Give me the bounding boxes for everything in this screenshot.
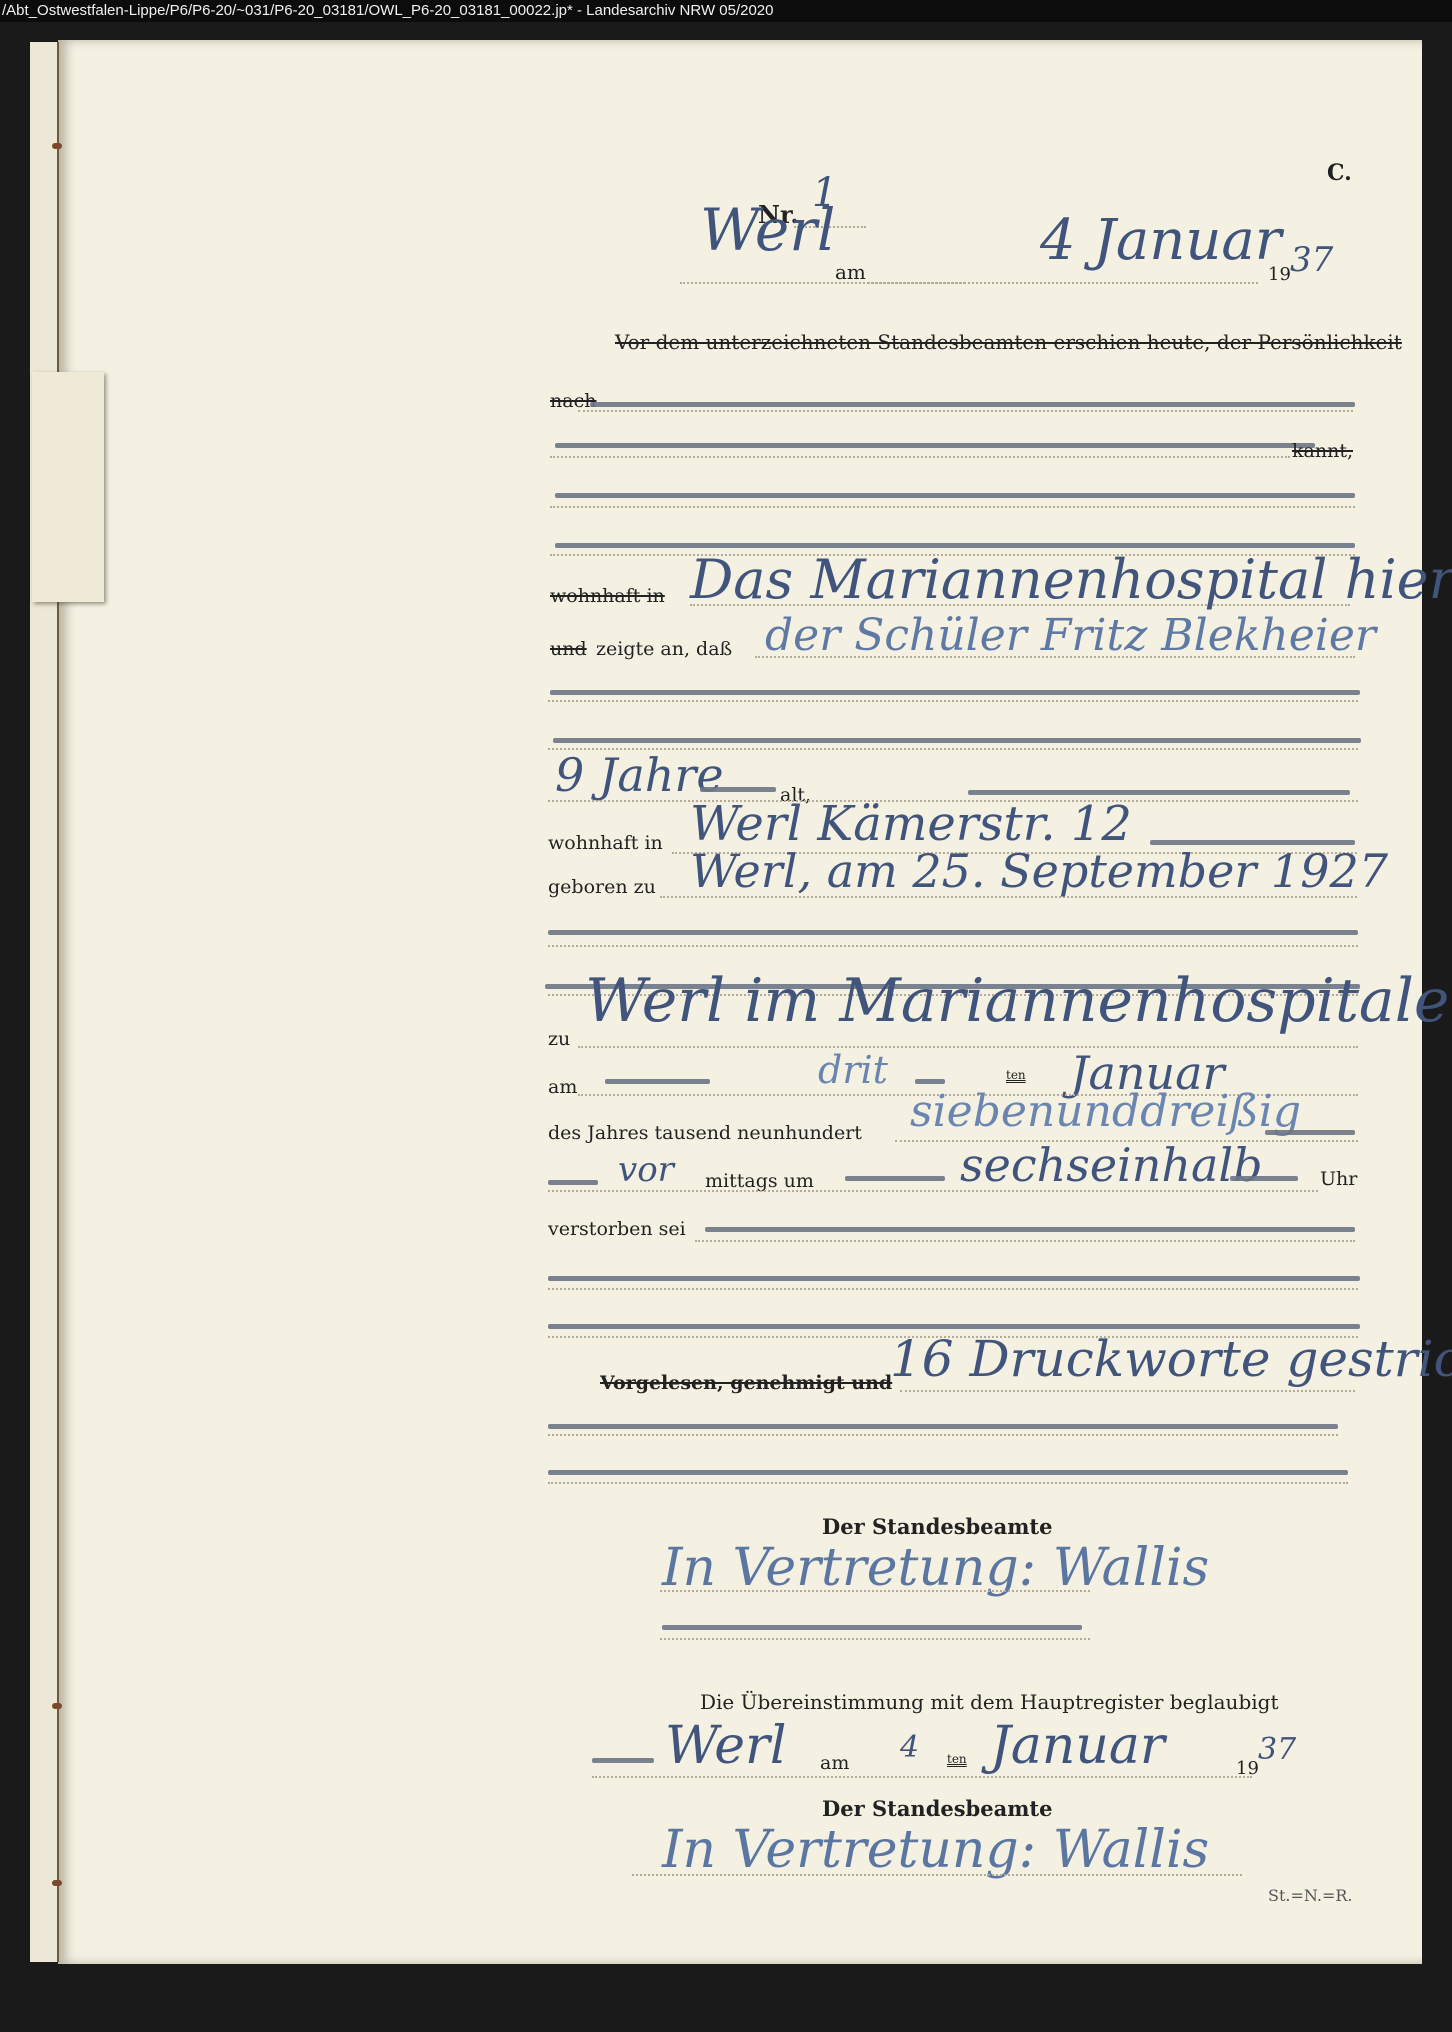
dotted-line (868, 282, 1258, 284)
zeigte-an-label: zeigte an, daß (596, 638, 732, 660)
zu-label: zu (548, 1028, 570, 1050)
window-title-bar: /Abt_Ostwestfalen-Lippe/P6/P6-20/~031/P6… (0, 0, 1452, 22)
dotted-line (548, 1288, 1358, 1290)
header-date: 4 Januar (1040, 208, 1282, 273)
strike-bar (553, 738, 1361, 743)
dotted-line (632, 1874, 1242, 1876)
year-prefix: 19 (1268, 264, 1291, 285)
dotted-line (548, 1190, 1318, 1192)
deceased-name: der Schüler Fritz Blekheier (765, 610, 1376, 661)
strike-bar (550, 690, 1360, 695)
stitch-mark (52, 143, 62, 149)
strike-bar (548, 1424, 1338, 1429)
birth-info: Werl, am 25. September 1927 (690, 844, 1388, 898)
window-title: /Abt_Ostwestfalen-Lippe/P6/P6-20/~031/P6… (2, 2, 774, 19)
strike-bar (1265, 1130, 1355, 1135)
strike-bar (548, 1324, 1360, 1329)
corrections-note: 16 Druckworte gestrichen. (890, 1330, 1452, 1388)
place-of-death: Werl im Mariannenhospitale (585, 966, 1449, 1036)
header-year: 37 (1290, 240, 1333, 280)
strike-bar (605, 1079, 710, 1084)
strike-bar (915, 1079, 945, 1084)
registrar-heading-2: Der Standesbeamte (822, 1796, 1053, 1821)
struck-und: und (550, 638, 587, 660)
dotted-line (578, 410, 1353, 412)
dotted-line (548, 1482, 1348, 1484)
strike-bar (548, 930, 1358, 935)
dotted-line (900, 1390, 1355, 1392)
strike-bar (592, 1758, 654, 1763)
certification-year: 37 (1258, 1732, 1296, 1767)
dotted-line (550, 506, 1355, 508)
ante-post-meridiem: vor (618, 1150, 674, 1190)
death-time: sechseinhalb (960, 1138, 1263, 1192)
uhr-label: Uhr (1320, 1168, 1357, 1190)
dotted-line (592, 1776, 1252, 1778)
strike-bar (968, 790, 1350, 795)
wohnhaft-in-label: wohnhaft in (548, 832, 663, 854)
strike-bar (845, 1176, 945, 1181)
strike-bar (555, 443, 1315, 448)
form-code: St.=N.=R. (1268, 1886, 1352, 1905)
struck-preamble: Vor dem unterzeichneten Standesbeamten e… (615, 330, 1402, 354)
strike-bar (662, 1625, 1082, 1630)
form-letter: C. (1327, 160, 1352, 186)
struck-nach: nach (550, 390, 596, 412)
paper-tab (32, 372, 104, 602)
dotted-line (660, 1590, 1090, 1592)
death-day: drit (818, 1048, 888, 1092)
strike-bar (705, 1227, 1355, 1232)
dotted-line (578, 1046, 1358, 1048)
dotted-line (548, 1434, 1338, 1436)
strike-bar (590, 402, 1355, 407)
ten-suffix-cert: ten (947, 1752, 967, 1766)
struck-vorgelesen: Vorgelesen, genehmigt und (600, 1372, 892, 1394)
verstorben-sei-label: verstorben sei (548, 1218, 686, 1240)
strike-bar (555, 493, 1355, 498)
registrar-signature-1: In Vertretung: Wallis (662, 1538, 1209, 1598)
dotted-line (695, 1240, 1355, 1242)
dotted-line (550, 456, 1290, 458)
binding-thread (57, 42, 59, 1962)
age: 9 Jahre (555, 748, 724, 802)
mittags-um-label: mittags um (705, 1170, 814, 1192)
stitch-mark (52, 1703, 62, 1709)
informant: Das Mariannenhospital hier (690, 548, 1452, 611)
registrar-heading-1: Der Standesbeamte (822, 1514, 1053, 1539)
strike-bar (548, 1470, 1348, 1475)
strike-bar (548, 1180, 598, 1185)
dotted-line (548, 945, 1358, 947)
ten-suffix: ten (1006, 1068, 1026, 1082)
strike-bar (548, 1276, 1360, 1281)
certification-text: Die Übereinstimmung mit dem Hauptregiste… (700, 1690, 1278, 1714)
am-label: am (835, 260, 866, 284)
am-label-death: am (548, 1076, 577, 1098)
certification-month: Januar (990, 1716, 1165, 1776)
struck-wohnhaft-in: wohnhaft in (550, 585, 665, 607)
struck-kannt: kannt, (1292, 440, 1353, 462)
stitch-mark (52, 1880, 62, 1886)
des-jahres-label: des Jahres tausend neunhundert (548, 1122, 862, 1144)
registrar-signature-2: In Vertretung: Wallis (662, 1820, 1209, 1880)
strike-bar (1230, 1176, 1298, 1181)
header-place: Werl (700, 196, 835, 264)
am-label-cert: am (820, 1752, 849, 1774)
certification-place: Werl (665, 1716, 786, 1776)
death-year: siebenunddreißig (910, 1086, 1301, 1137)
dotted-line (548, 700, 1358, 702)
strike-bar (700, 787, 776, 792)
certification-day: 4 (900, 1730, 919, 1765)
dotted-line (660, 1638, 1090, 1640)
geboren-zu-label: geboren zu (548, 876, 656, 898)
